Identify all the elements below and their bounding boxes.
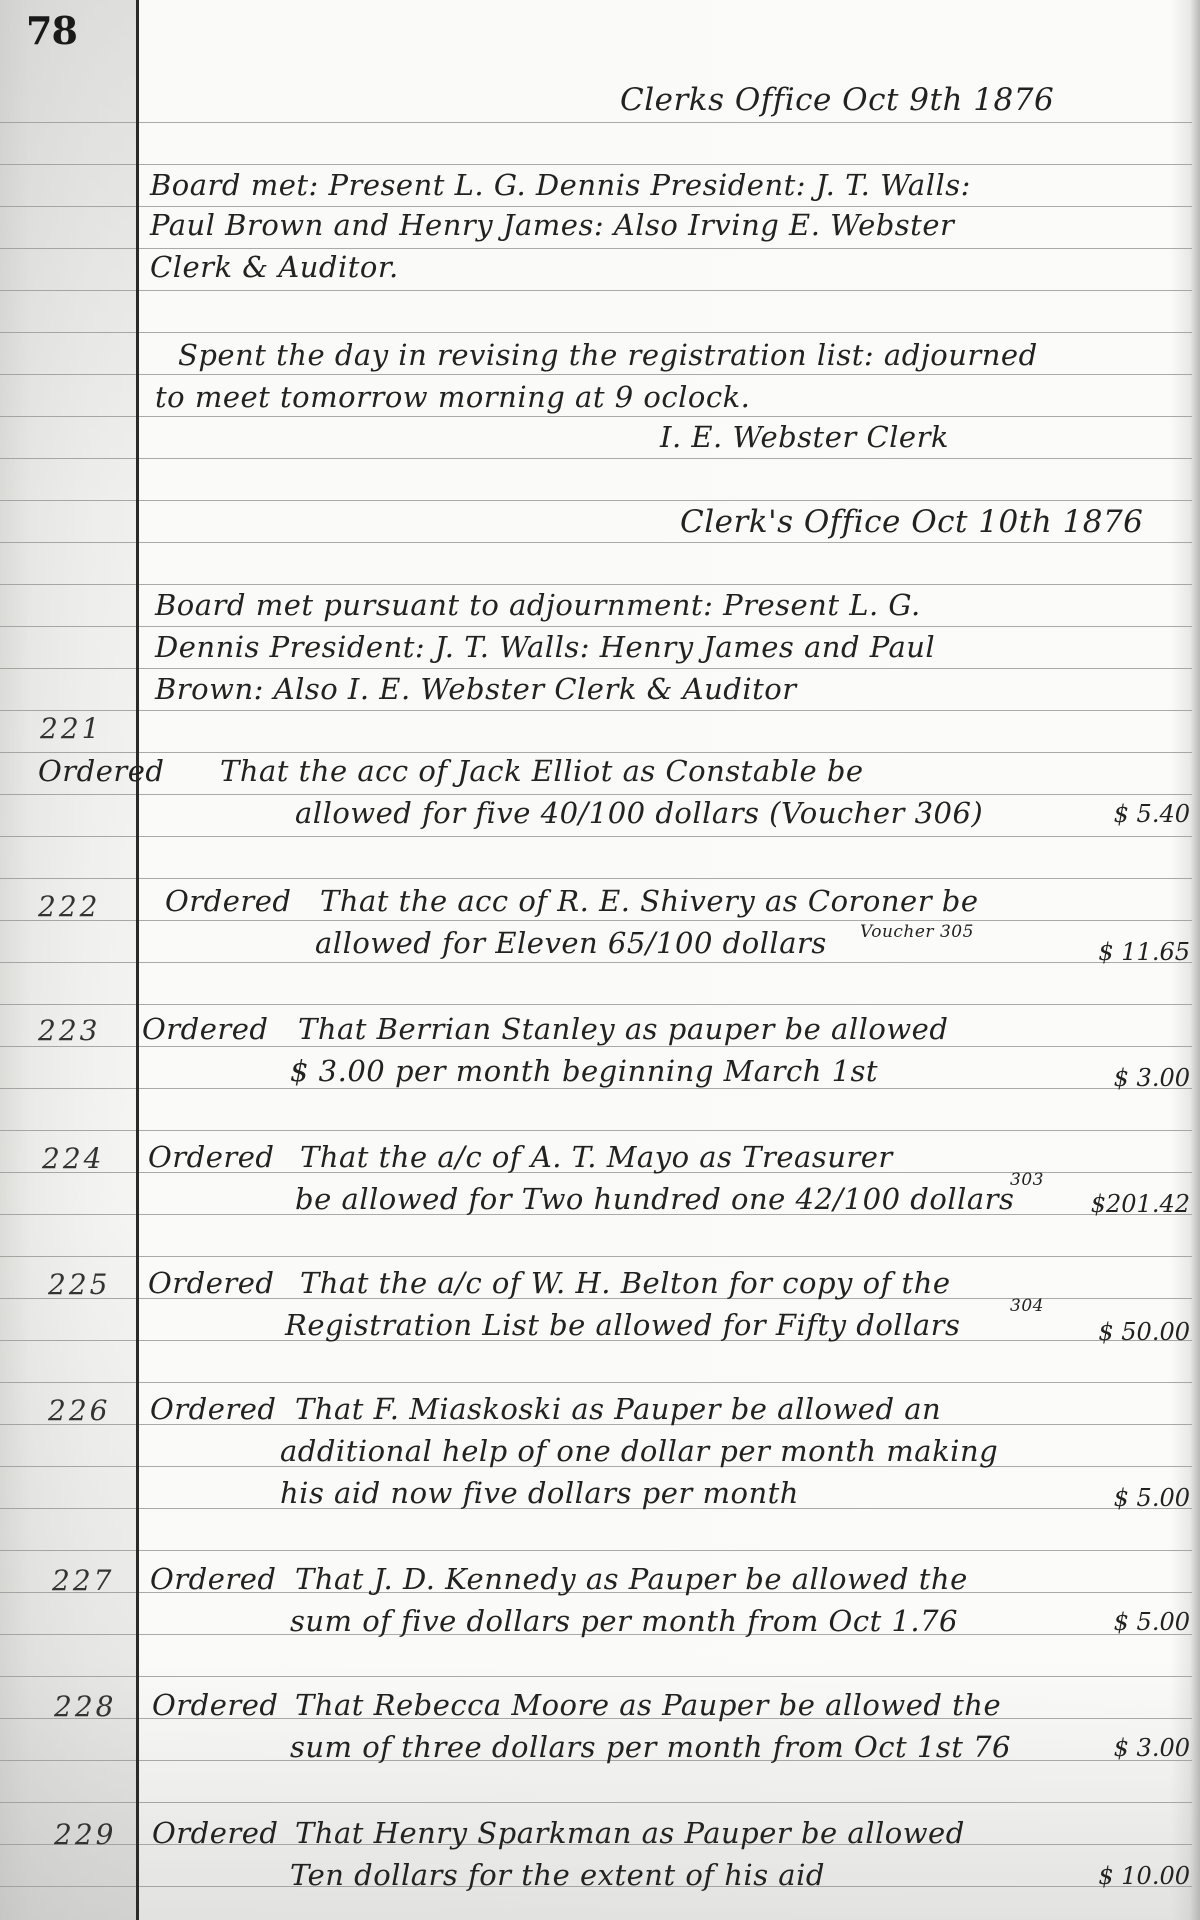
order-text-line-1: That the acc of R. E. Shivery as Coroner… [320,884,979,918]
order-text-line-2: sum of five dollars per month from Oct 1… [290,1604,958,1638]
order-number: 222 [38,890,100,923]
ruled-line [0,752,1192,753]
order-number: 228 [54,1690,116,1723]
order-text-line-1: That Rebecca Moore as Pauper be allowed … [295,1688,1001,1722]
ruled-line [0,1676,1192,1677]
session2-attendance-line-2: Dennis President: J. T. Walls: Henry Jam… [155,630,935,664]
order-label: Ordered [152,1816,278,1850]
order-voucher: Voucher 305 [860,922,974,942]
order-text-line-2: $ 3.00 per month beginning March 1st [290,1054,878,1088]
session1-minutes-line-1: Spent the day in revising the registrati… [178,338,1038,372]
ruled-line [0,1802,1192,1803]
session1-heading: Clerks Office Oct 9th 1876 [620,82,1054,118]
order-number: 229 [54,1818,116,1851]
order-voucher: 304 [1010,1296,1044,1316]
order-number: 226 [48,1394,110,1427]
ledger-page: 78 Clerks Office Oct 9th 1876 Board met:… [0,0,1200,1920]
ruled-line [0,122,1192,123]
order-number: 221 [40,712,102,745]
ruled-line [0,416,1192,417]
ruled-line [0,626,1192,627]
order-text-line-2: allowed for Eleven 65/100 dollars [315,926,827,960]
order-text-line-2: additional help of one dollar per month … [280,1434,998,1468]
order-label: Ordered [142,1012,268,1046]
order-text-line-2: Registration List be allowed for Fifty d… [285,1308,960,1342]
order-text-line-2: sum of three dollars per month from Oct … [290,1730,1011,1764]
ruled-line [0,164,1192,165]
order-amount: $ 3.00 [1114,1064,1190,1092]
order-text-line-2: Ten dollars for the extent of his aid [290,1858,825,1892]
order-amount: $201.42 [1091,1190,1190,1218]
order-number: 227 [52,1564,114,1597]
ruled-line [0,458,1192,459]
order-label: Ordered [165,884,291,918]
order-amount: $ 5.00 [1114,1484,1190,1512]
session1-minutes-line-2: to meet tomorrow morning at 9 oclock. [155,380,750,414]
order-label: Ordered [148,1266,274,1300]
order-text-line-1: That the a/c of A. T. Mayo as Treasurer [300,1140,893,1174]
ruled-line [0,836,1192,837]
order-label: Ordered [150,1392,276,1426]
ruled-line [0,248,1192,249]
session1-attendance-line-3: Clerk & Auditor. [150,250,399,284]
ruled-line [0,710,1192,711]
order-number: 225 [48,1268,110,1301]
session1-attendance-line-2: Paul Brown and Henry James: Also Irving … [150,208,954,242]
order-text-line-1: That J. D. Kennedy as Pauper be allowed … [295,1562,968,1596]
ruled-line [0,374,1192,375]
order-amount: $ 50.00 [1098,1318,1190,1346]
ruled-line [0,962,1192,963]
ruled-line [0,1256,1192,1257]
order-amount: $ 5.00 [1114,1608,1190,1636]
order-number: 224 [42,1142,104,1175]
ruled-line [0,1550,1192,1551]
ruled-line [0,206,1192,207]
order-number: 223 [38,1014,100,1047]
order-text-line-1: That Berrian Stanley as pauper be allowe… [298,1012,948,1046]
ruled-line [0,332,1192,333]
order-amount: $ 5.40 [1114,800,1190,828]
order-amount: $ 11.65 [1098,938,1190,966]
ruled-line [0,1088,1192,1089]
ruled-line [0,584,1192,585]
session2-heading: Clerk's Office Oct 10th 1876 [680,504,1143,540]
ruled-line [0,1382,1192,1383]
order-voucher: 303 [1010,1170,1044,1190]
order-text-line-1: That F. Miaskoski as Pauper be allowed a… [295,1392,941,1426]
ruled-line [0,1130,1192,1131]
order-text-line-1: That the a/c of W. H. Belton for copy of… [300,1266,951,1300]
order-text-line-1: That the acc of Jack Elliot as Constable… [220,754,864,788]
session1-attendance-line-1: Board met: Present L. G. Dennis Presiden… [150,168,971,202]
session2-attendance-line-1: Board met pursuant to adjournment: Prese… [155,588,921,622]
session2-attendance-line-3: Brown: Also I. E. Webster Clerk & Audito… [155,672,797,706]
ruled-line [0,920,1192,921]
page-number: 78 [26,8,77,53]
ruled-line [0,542,1192,543]
order-label: Ordered [152,1688,278,1722]
ruled-line [0,1004,1192,1005]
ruled-line [0,1046,1192,1047]
order-text-line-2: allowed for five 40/100 dollars (Voucher… [295,796,983,830]
margin-line [136,0,139,1920]
session1-signature: I. E. Webster Clerk [660,420,949,454]
ruled-line [0,668,1192,669]
order-text-line-3: his aid now five dollars per month [280,1476,799,1510]
ruled-line [0,878,1192,879]
order-amount: $ 10.00 [1098,1862,1190,1890]
order-label: Ordered [38,754,164,788]
ruled-line [0,290,1192,291]
order-text-line-2: be allowed for Two hundred one 42/100 do… [295,1182,1014,1216]
ruled-line [0,794,1192,795]
order-amount: $ 3.00 [1114,1734,1190,1762]
order-label: Ordered [150,1562,276,1596]
order-label: Ordered [148,1140,274,1174]
order-text-line-1: That Henry Sparkman as Pauper be allowed [295,1816,965,1850]
ruled-line [0,500,1192,501]
margin-shading [0,0,137,1920]
